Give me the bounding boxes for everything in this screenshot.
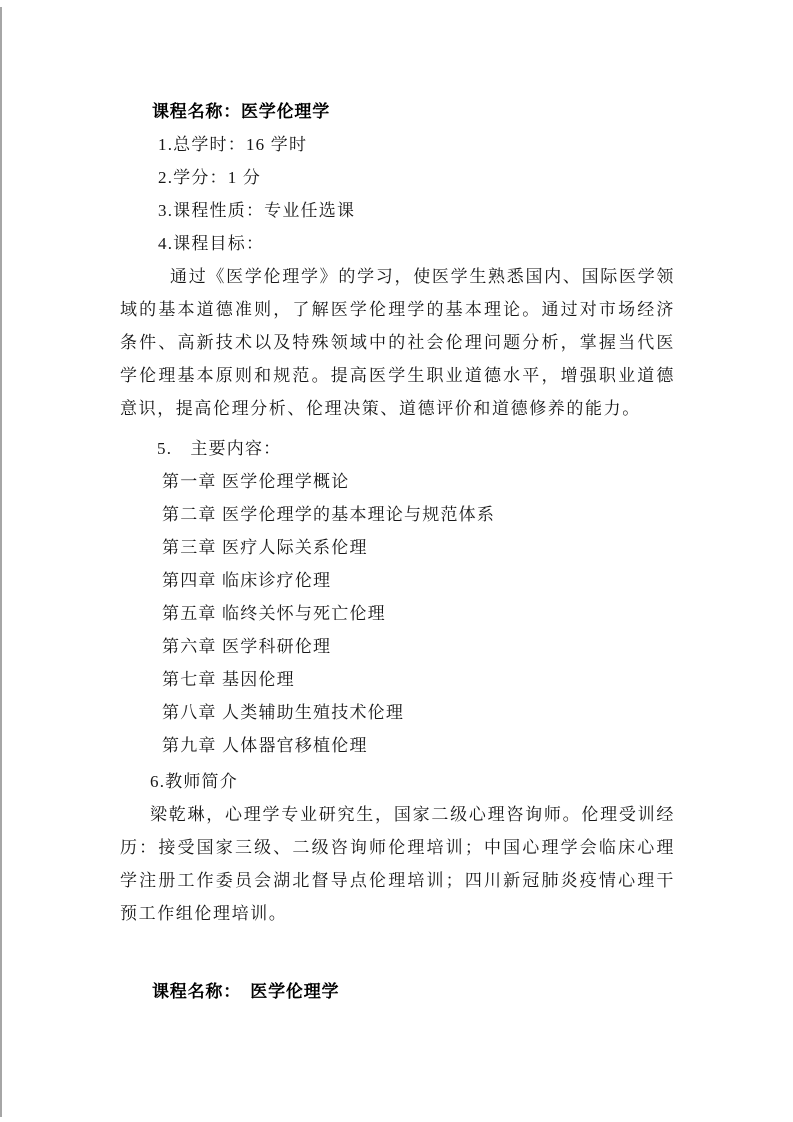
- chapter-item-8: 第八章 人类辅助生殖技术伦理: [120, 696, 675, 729]
- chapter-item-7: 第七章 基因伦理: [120, 663, 675, 696]
- course-title: 课程名称：医学伦理学: [120, 95, 675, 128]
- syllabus-page: 课程名称：医学伦理学 1.总学时：16 学时 2.学分：1 分 3.课程性质：专…: [0, 0, 793, 1122]
- list-item-course-type: 3.课程性质：专业任选课: [120, 194, 675, 227]
- teacher-bio-paragraph: 梁乾琳，心理学专业研究生，国家二级心理咨询师。伦理受训经历：接受国家三级、二级咨…: [120, 798, 675, 930]
- list-item-total-hours: 1.总学时：16 学时: [120, 128, 675, 161]
- chapter-item-1: 第一章 医学伦理学概论: [120, 465, 675, 498]
- chapter-item-4: 第四章 临床诊疗伦理: [120, 564, 675, 597]
- teacher-intro-heading: 6.教师简介: [120, 765, 675, 798]
- chapter-item-5: 第五章 临终关怀与死亡伦理: [120, 597, 675, 630]
- list-item-credits: 2.学分：1 分: [120, 161, 675, 194]
- list-item-objectives-heading: 4.课程目标：: [120, 227, 675, 260]
- main-contents-heading: 5. 主要内容：: [120, 432, 675, 465]
- chapter-item-9: 第九章 人体器官移植伦理: [120, 729, 675, 762]
- chapter-item-3: 第三章 医疗人际关系伦理: [120, 531, 675, 564]
- chapter-item-2: 第二章 医学伦理学的基本理论与规范体系: [120, 498, 675, 531]
- document-page: { "doc": { "title": "课程名称：医学伦理学", "basic…: [0, 0, 793, 1122]
- next-course-title: 课程名称： 医学伦理学: [120, 975, 675, 1008]
- chapter-item-6: 第六章 医学科研伦理: [120, 630, 675, 663]
- course-objectives-paragraph: 通过《医学伦理学》的学习，使医学生熟悉国内、国际医学领域的基本道德准则，了解医学…: [120, 260, 675, 425]
